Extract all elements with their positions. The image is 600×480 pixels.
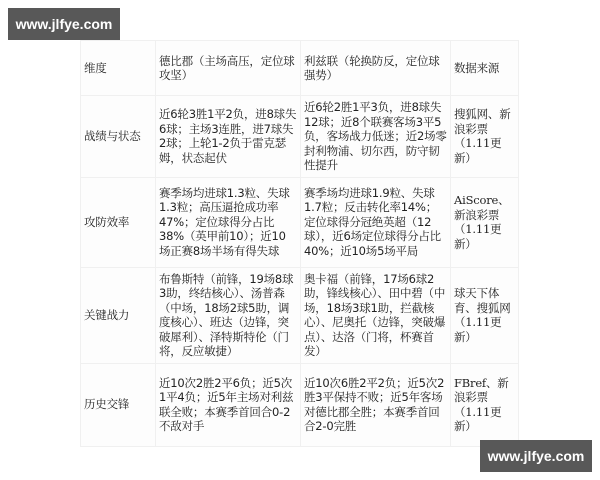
row-source-cell: FBref、新浪彩票（1.11更新） xyxy=(451,363,519,446)
row-source-cell: AiScore、新浪彩票（1.11更新） xyxy=(451,177,519,267)
row-derby-cell: 赛季场均进球1.3粒、失球1.3粒；高压逼抢成功率47%；定位球得分占比38%（… xyxy=(156,177,301,267)
row-derby-cell: 布鲁斯特（前锋，19场8球3助，终结核心）、汤普森（中场，18场2球5助，调度核… xyxy=(156,267,301,363)
row-leeds-cell: 赛季场均进球1.9粒、失球1.7粒；反击转化率14%；定位球得分冠绝英超（12球… xyxy=(301,177,451,267)
row-leeds-cell: 近10次6胜2平2负；近5次2胜3平保持不败；近5年客场对德比郡全胜；本赛季首回… xyxy=(301,363,451,446)
row-leeds-cell: 奥卡福（前锋，17场6球2助，锋线核心）、田中碧（中场，18场3球1助，拦截核心… xyxy=(301,267,451,363)
header-source: 数据来源 xyxy=(451,41,519,96)
row-source-cell: 球天下体育、搜狐网（1.11更新） xyxy=(451,267,519,363)
header-derby: 德比郡（主场高压，定位球攻坚） xyxy=(156,41,301,96)
row-dimension: 关键战力 xyxy=(81,267,156,363)
row-derby-cell: 近6轮3胜1平2负，进8球失6球；主场3连胜，进7球失2球；上轮1-2负于雷克瑟… xyxy=(156,96,301,178)
table-header-row: 维度 德比郡（主场高压，定位球攻坚） 利兹联（轮换防反，定位球强势） 数据来源 xyxy=(81,41,519,96)
table-row: 历史交锋 近10次2胜2平6负；近5次1平4负；近5年主场对利兹联全败；本赛季首… xyxy=(81,363,519,446)
header-dimension: 维度 xyxy=(81,41,156,96)
row-derby-cell: 近10次2胜2平6负；近5次1平4负；近5年主场对利兹联全败；本赛季首回合0-2… xyxy=(156,363,301,446)
table-row: 攻防效率 赛季场均进球1.3粒、失球1.3粒；高压逼抢成功率47%；定位球得分占… xyxy=(81,177,519,267)
row-leeds-cell: 近6轮2胜1平3负，进8球失12球；近8个联赛客场3平5负，客场战力低迷；近2场… xyxy=(301,96,451,178)
header-leeds: 利兹联（轮换防反，定位球强势） xyxy=(301,41,451,96)
watermark-top: www.jlfye.com xyxy=(8,8,120,40)
table-row: 战绩与状态 近6轮3胜1平2负，进8球失6球；主场3连胜，进7球失2球；上轮1-… xyxy=(81,96,519,178)
row-dimension: 战绩与状态 xyxy=(81,96,156,178)
watermark-bottom: www.jlfye.com xyxy=(480,440,592,472)
row-source-cell: 搜狐网、新浪彩票（1.11更新） xyxy=(451,96,519,178)
row-dimension: 历史交锋 xyxy=(81,363,156,446)
comparison-table: 维度 德比郡（主场高压，定位球攻坚） 利兹联（轮换防反，定位球强势） 数据来源 … xyxy=(80,40,519,447)
row-dimension: 攻防效率 xyxy=(81,177,156,267)
table-row: 关键战力 布鲁斯特（前锋，19场8球3助，终结核心）、汤普森（中场，18场2球5… xyxy=(81,267,519,363)
